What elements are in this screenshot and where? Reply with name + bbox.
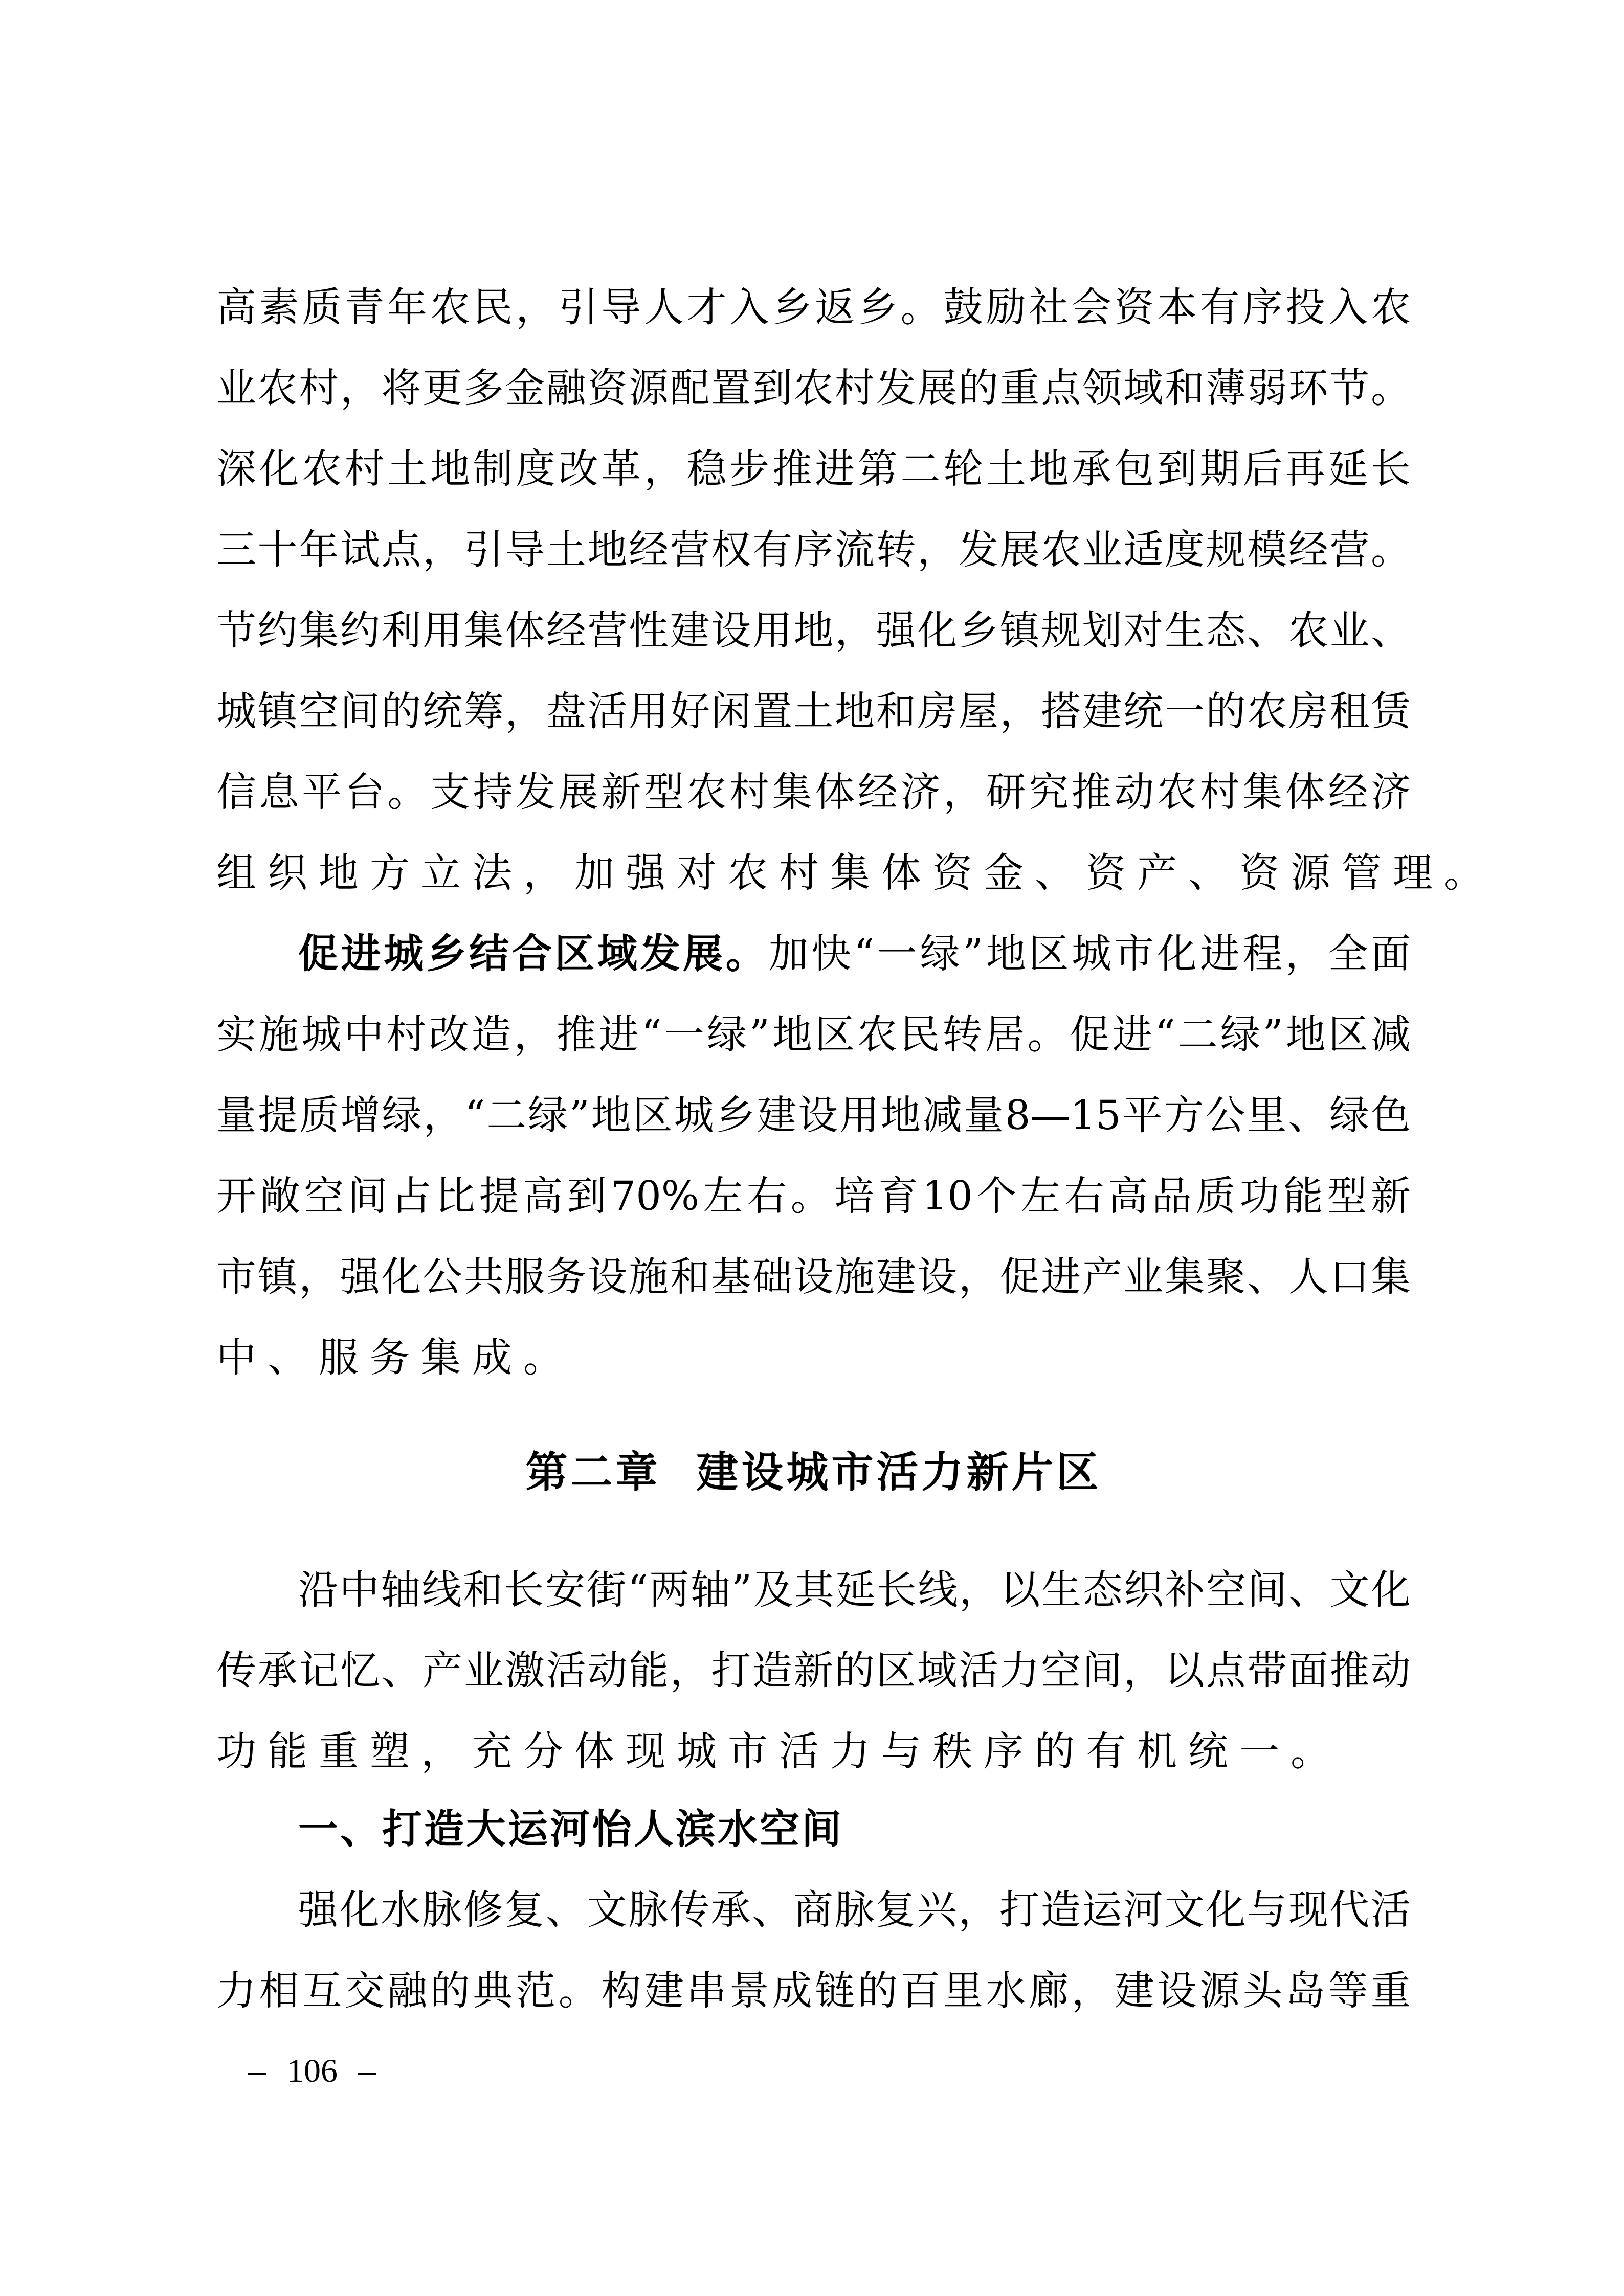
dash-left	[248, 2073, 266, 2075]
paragraph-3-line-2: 传承记忆、产业激活动能，打造新的区域活力空间，以点带面推动	[216, 1646, 1411, 1697]
paragraph-1-line-1: 高素质青年农民，引导人才入乡返乡。鼓励社会资本有序投入农	[216, 282, 1411, 333]
dash-right	[358, 2073, 376, 2075]
paragraph-1-line-7: 信息平台。支持发展新型农村集体经济，研究推动农村集体经济	[216, 767, 1411, 818]
paragraph-2-line-2: 实施城中村改造，推进“一绿”地区农民转居。促进“二绿”地区减	[216, 1009, 1411, 1061]
paragraph-2-line-3: 量提质增绿，“二绿”地区城乡建设用地减量8—15平方公里、绿色	[216, 1090, 1411, 1141]
paragraph-2-line-5: 市镇，强化公共服务设施和基础设施建设，促进产业集聚、人口集	[216, 1252, 1411, 1303]
paragraph-1-line-6: 城镇空间的统筹，盘活用好闲置土地和房屋，搭建统一的农房租赁	[216, 686, 1411, 737]
chapter-heading: 第二章建设城市活力新片区	[216, 1447, 1411, 1498]
chapter-title: 建设城市活力新片区	[697, 1448, 1102, 1497]
paragraph-3-line-1: 沿中轴线和长安街“两轴”及其延长线，以生态织补空间、文化	[216, 1565, 1411, 1616]
paragraph-1-line-2: 业农村，将更多金融资源配置到农村发展的重点领域和薄弱环节。	[216, 363, 1411, 414]
paragraph-4-line-1: 强化水脉修复、文脉传承、商脉复兴，打造运河文化与现代活	[216, 1885, 1411, 1936]
paragraph-4-line-2: 力相互交融的典范。构建串景成链的百里水廊，建设源头岛等重	[216, 1966, 1411, 2017]
paragraph-2-lead-heading: 促进城乡结合区域发展。	[298, 931, 768, 977]
paragraph-3-line-3: 功能重塑，充分体现城市活力与秩序的有机统一。	[216, 1726, 1411, 1777]
paragraph-1-line-3: 深化农村土地制度改革，稳步推进第二轮土地承包到期后再延长	[216, 444, 1411, 495]
section-heading: 一、打造大运河怡人滨水空间	[298, 1804, 843, 1855]
paragraph-1-line-5: 节约集约利用集体经营性建设用地，强化乡镇规划对生态、农业、	[216, 605, 1411, 657]
paragraph-2-line-1: 促进城乡结合区域发展。加快“一绿”地区城市化进程，全面	[216, 929, 1411, 980]
paragraph-2-line-4: 开敞空间占比提高到70%左右。培育10个左右高品质功能型新	[216, 1171, 1411, 1222]
paragraph-2-line-1-text: 加快“一绿”地区城市化进程，全面	[768, 931, 1411, 977]
page-number: 106	[228, 2051, 397, 2091]
paragraph-2-line-6: 中、服务集成。	[216, 1333, 1411, 1384]
page-number-value: 106	[287, 2052, 338, 2089]
paragraph-1-line-8: 组织地方立法，加强对农村集体资金、资产、资源管理。	[216, 848, 1411, 899]
paragraph-1-line-4: 三十年试点，引导土地经营权有序流转，发展农业适度规模经营。	[216, 525, 1411, 576]
chapter-number: 第二章	[525, 1448, 660, 1497]
